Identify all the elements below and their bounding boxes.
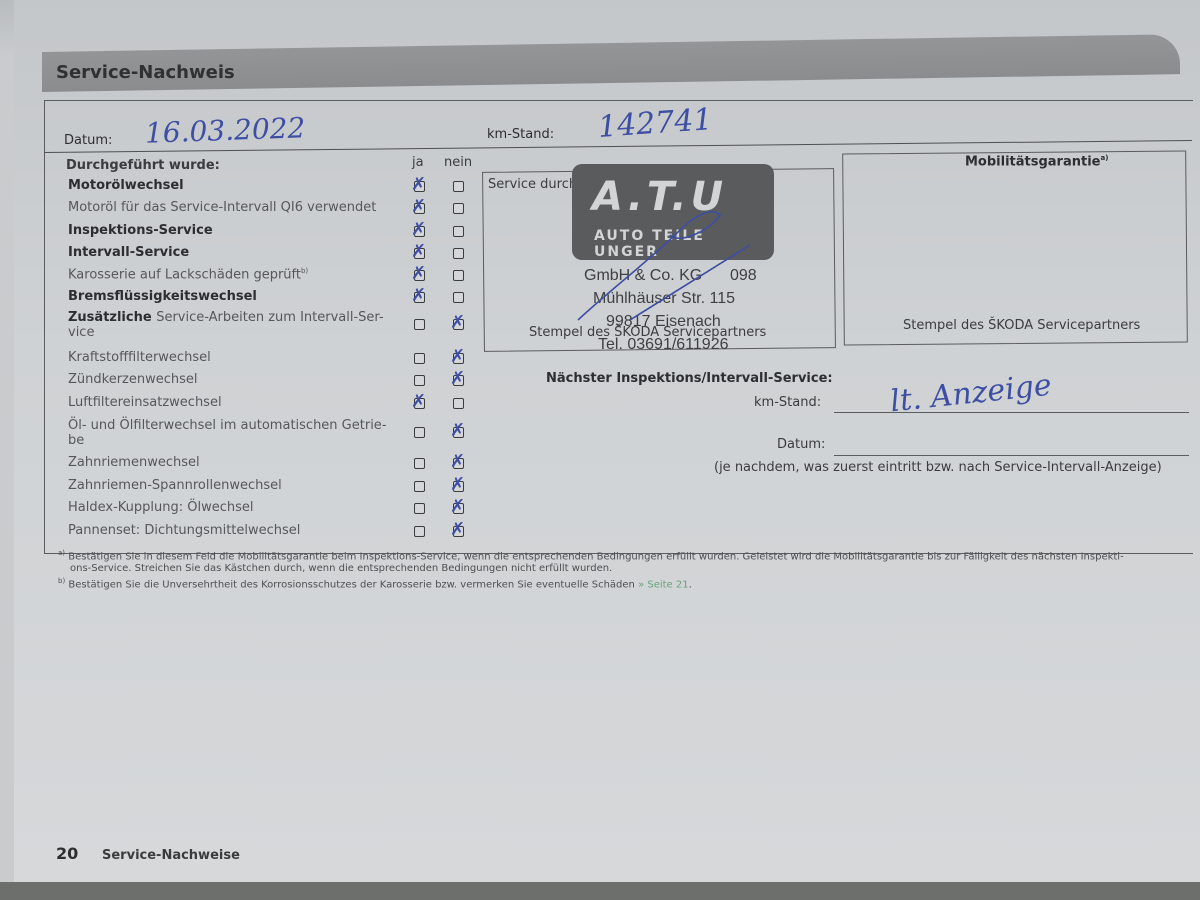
checklist-row-label: Karosserie auf Lackschäden geprüft xyxy=(68,267,301,282)
mobility-stamp-caption: Stempel des ŠKODA Servicepartners xyxy=(903,318,1140,333)
checklist-row: Zündkerzenwechsel xyxy=(68,372,198,387)
footnote-b-text: Bestätigen Sie die Unversehrtheit des Ko… xyxy=(68,579,635,590)
checkbox-nein[interactable] xyxy=(453,181,464,192)
check-mark-icon: ✗ xyxy=(450,453,465,471)
checklist-row: Pannenset: Dichtungsmittelwechsel xyxy=(68,523,300,538)
checklist-row: Zahnriemen-Spannrollenwechsel xyxy=(68,478,282,493)
checklist-row-label: Zündkerzenwechsel xyxy=(68,372,198,387)
check-mark-icon: ✗ xyxy=(450,348,465,366)
checkbox-nein[interactable] xyxy=(453,226,464,237)
checklist-row-label: Motoröl für das Service-Intervall QI6 ve… xyxy=(68,200,376,215)
checkbox-nein[interactable] xyxy=(453,248,464,259)
checklist-row-label: Haldex-Kupplung: Ölwechsel xyxy=(68,500,253,515)
date-label: Datum: xyxy=(64,133,112,148)
checklist-row: Inspektions-Service xyxy=(68,223,213,238)
next-date-line xyxy=(834,455,1189,456)
footnote-a-text: Bestätigen Sie in diesem Feld die Mobili… xyxy=(68,551,1123,562)
col-yes-label: ja xyxy=(412,155,424,170)
checkbox-ja[interactable] xyxy=(414,503,425,514)
checkbox-ja[interactable] xyxy=(414,458,425,469)
col-no-label: nein xyxy=(444,155,472,170)
checklist-row: Haldex-Kupplung: Ölwechsel xyxy=(68,500,253,515)
checkbox-nein[interactable] xyxy=(453,203,464,214)
check-mark-icon: ✗ xyxy=(411,176,426,194)
check-mark-icon: ✗ xyxy=(411,393,426,411)
checkbox-nein[interactable] xyxy=(453,292,464,303)
check-mark-icon: ✗ xyxy=(411,198,426,216)
checkbox-ja[interactable] xyxy=(414,353,425,364)
checkbox-ja[interactable] xyxy=(414,526,425,537)
mobility-title-text: Mobilitätsgarantie xyxy=(965,154,1100,169)
checklist-row-label-cont: vice xyxy=(68,325,384,340)
checklist-row-label: Bremsflüssigkeitswechsel xyxy=(68,289,257,304)
checklist-row: Bremsflüssigkeitswechsel xyxy=(68,289,257,304)
checklist-row-label-cont: be xyxy=(68,433,387,448)
checklist-row: Öl- und Ölfilterwechsel im automatischen… xyxy=(68,418,387,448)
next-date-label: Datum: xyxy=(777,437,825,452)
checkbox-nein[interactable] xyxy=(453,398,464,409)
checklist-row: Motorölwechsel xyxy=(68,178,184,193)
check-mark-icon: ✗ xyxy=(411,265,426,283)
checklist-row-label: Pannenset: Dichtungsmittelwechsel xyxy=(68,523,300,538)
page-title: Service-Nachweis xyxy=(56,62,235,83)
checklist-row-label: Motorölwechsel xyxy=(68,178,184,193)
checklist-row: Luftfiltereinsatzwechsel xyxy=(68,395,222,410)
signature-scribble xyxy=(570,200,770,330)
checkbox-ja[interactable] xyxy=(414,319,425,330)
check-mark-icon: ✗ xyxy=(450,498,465,516)
page-number: 20 xyxy=(56,844,78,863)
checkbox-ja[interactable] xyxy=(414,375,425,386)
checklist-row: Karosserie auf Lackschäden geprüftb) xyxy=(68,267,308,282)
footnote-marker: a) xyxy=(1100,154,1108,162)
checklist-heading: Durchgeführt wurde: xyxy=(66,158,220,173)
checkbox-ja[interactable] xyxy=(414,427,425,438)
check-mark-icon: ✗ xyxy=(450,422,465,440)
checklist-row-label: Inspektions-Service xyxy=(68,223,213,238)
date-value[interactable]: 16.03.2022 xyxy=(144,111,305,150)
next-service-note: (je nachdem, was zuerst eintritt bzw. na… xyxy=(714,460,1162,475)
checklist-row-label: Zahnriemen-Spannrollenwechsel xyxy=(68,478,282,493)
next-service-heading: Nächster Inspektions/Intervall-Service: xyxy=(546,371,833,386)
footnote-a-line2: ons-Service. Streichen Sie das Kästchen … xyxy=(70,563,612,574)
checklist-row: Zahnriemenwechsel xyxy=(68,455,200,470)
footnote-a: a) Bestätigen Sie in diesem Feld die Mob… xyxy=(58,549,1124,562)
next-km-line xyxy=(834,412,1189,413)
checklist-row-label: Zahnriemenwechsel xyxy=(68,455,200,470)
footnote-b: b) Bestätigen Sie die Unversehrtheit des… xyxy=(58,577,692,590)
km-label: km-Stand: xyxy=(487,127,554,142)
next-km-label: km-Stand: xyxy=(754,395,821,410)
mobility-guarantee-box xyxy=(842,151,1188,346)
checklist-row: Intervall-Service xyxy=(68,245,189,260)
check-mark-icon: ✗ xyxy=(450,314,465,332)
page-section-title: Service-Nachweise xyxy=(102,848,240,863)
check-mark-icon: ✗ xyxy=(450,370,465,388)
checklist-row-label: Intervall-Service xyxy=(68,245,189,260)
checkbox-nein[interactable] xyxy=(453,270,464,281)
footnote-b-marker: b) xyxy=(58,577,65,585)
checklist-row-label-bold: Zusätzliche xyxy=(68,310,156,325)
footnote-a-marker: a) xyxy=(58,549,65,557)
page-reference-link[interactable]: » Seite 21 xyxy=(638,579,689,590)
checklist-row: Zusätzliche Service-Arbeiten zum Interva… xyxy=(68,310,384,340)
mobility-title: Mobilitätsgarantiea) xyxy=(965,154,1108,169)
checklist-row-label: Service-Arbeiten zum Intervall-Ser- xyxy=(156,310,383,325)
check-mark-icon: ✗ xyxy=(411,287,426,305)
check-mark-icon: ✗ xyxy=(411,243,426,261)
check-mark-icon: ✗ xyxy=(450,476,465,494)
checklist-row: Kraftstofffilterwechsel xyxy=(68,350,211,365)
checkbox-ja[interactable] xyxy=(414,481,425,492)
checklist-row: Motoröl für das Service-Intervall QI6 ve… xyxy=(68,200,376,215)
checklist-row-label: Kraftstofffilterwechsel xyxy=(68,350,211,365)
table-surface xyxy=(0,882,1200,900)
footnote-marker: b) xyxy=(301,267,308,275)
check-mark-icon: ✗ xyxy=(450,521,465,539)
checklist-row-label: Öl- und Ölfilterwechsel im automatischen… xyxy=(68,418,387,433)
check-mark-icon: ✗ xyxy=(411,221,426,239)
footnote-b-end: . xyxy=(689,579,692,590)
checklist-row-label: Luftfiltereinsatzwechsel xyxy=(68,395,222,410)
